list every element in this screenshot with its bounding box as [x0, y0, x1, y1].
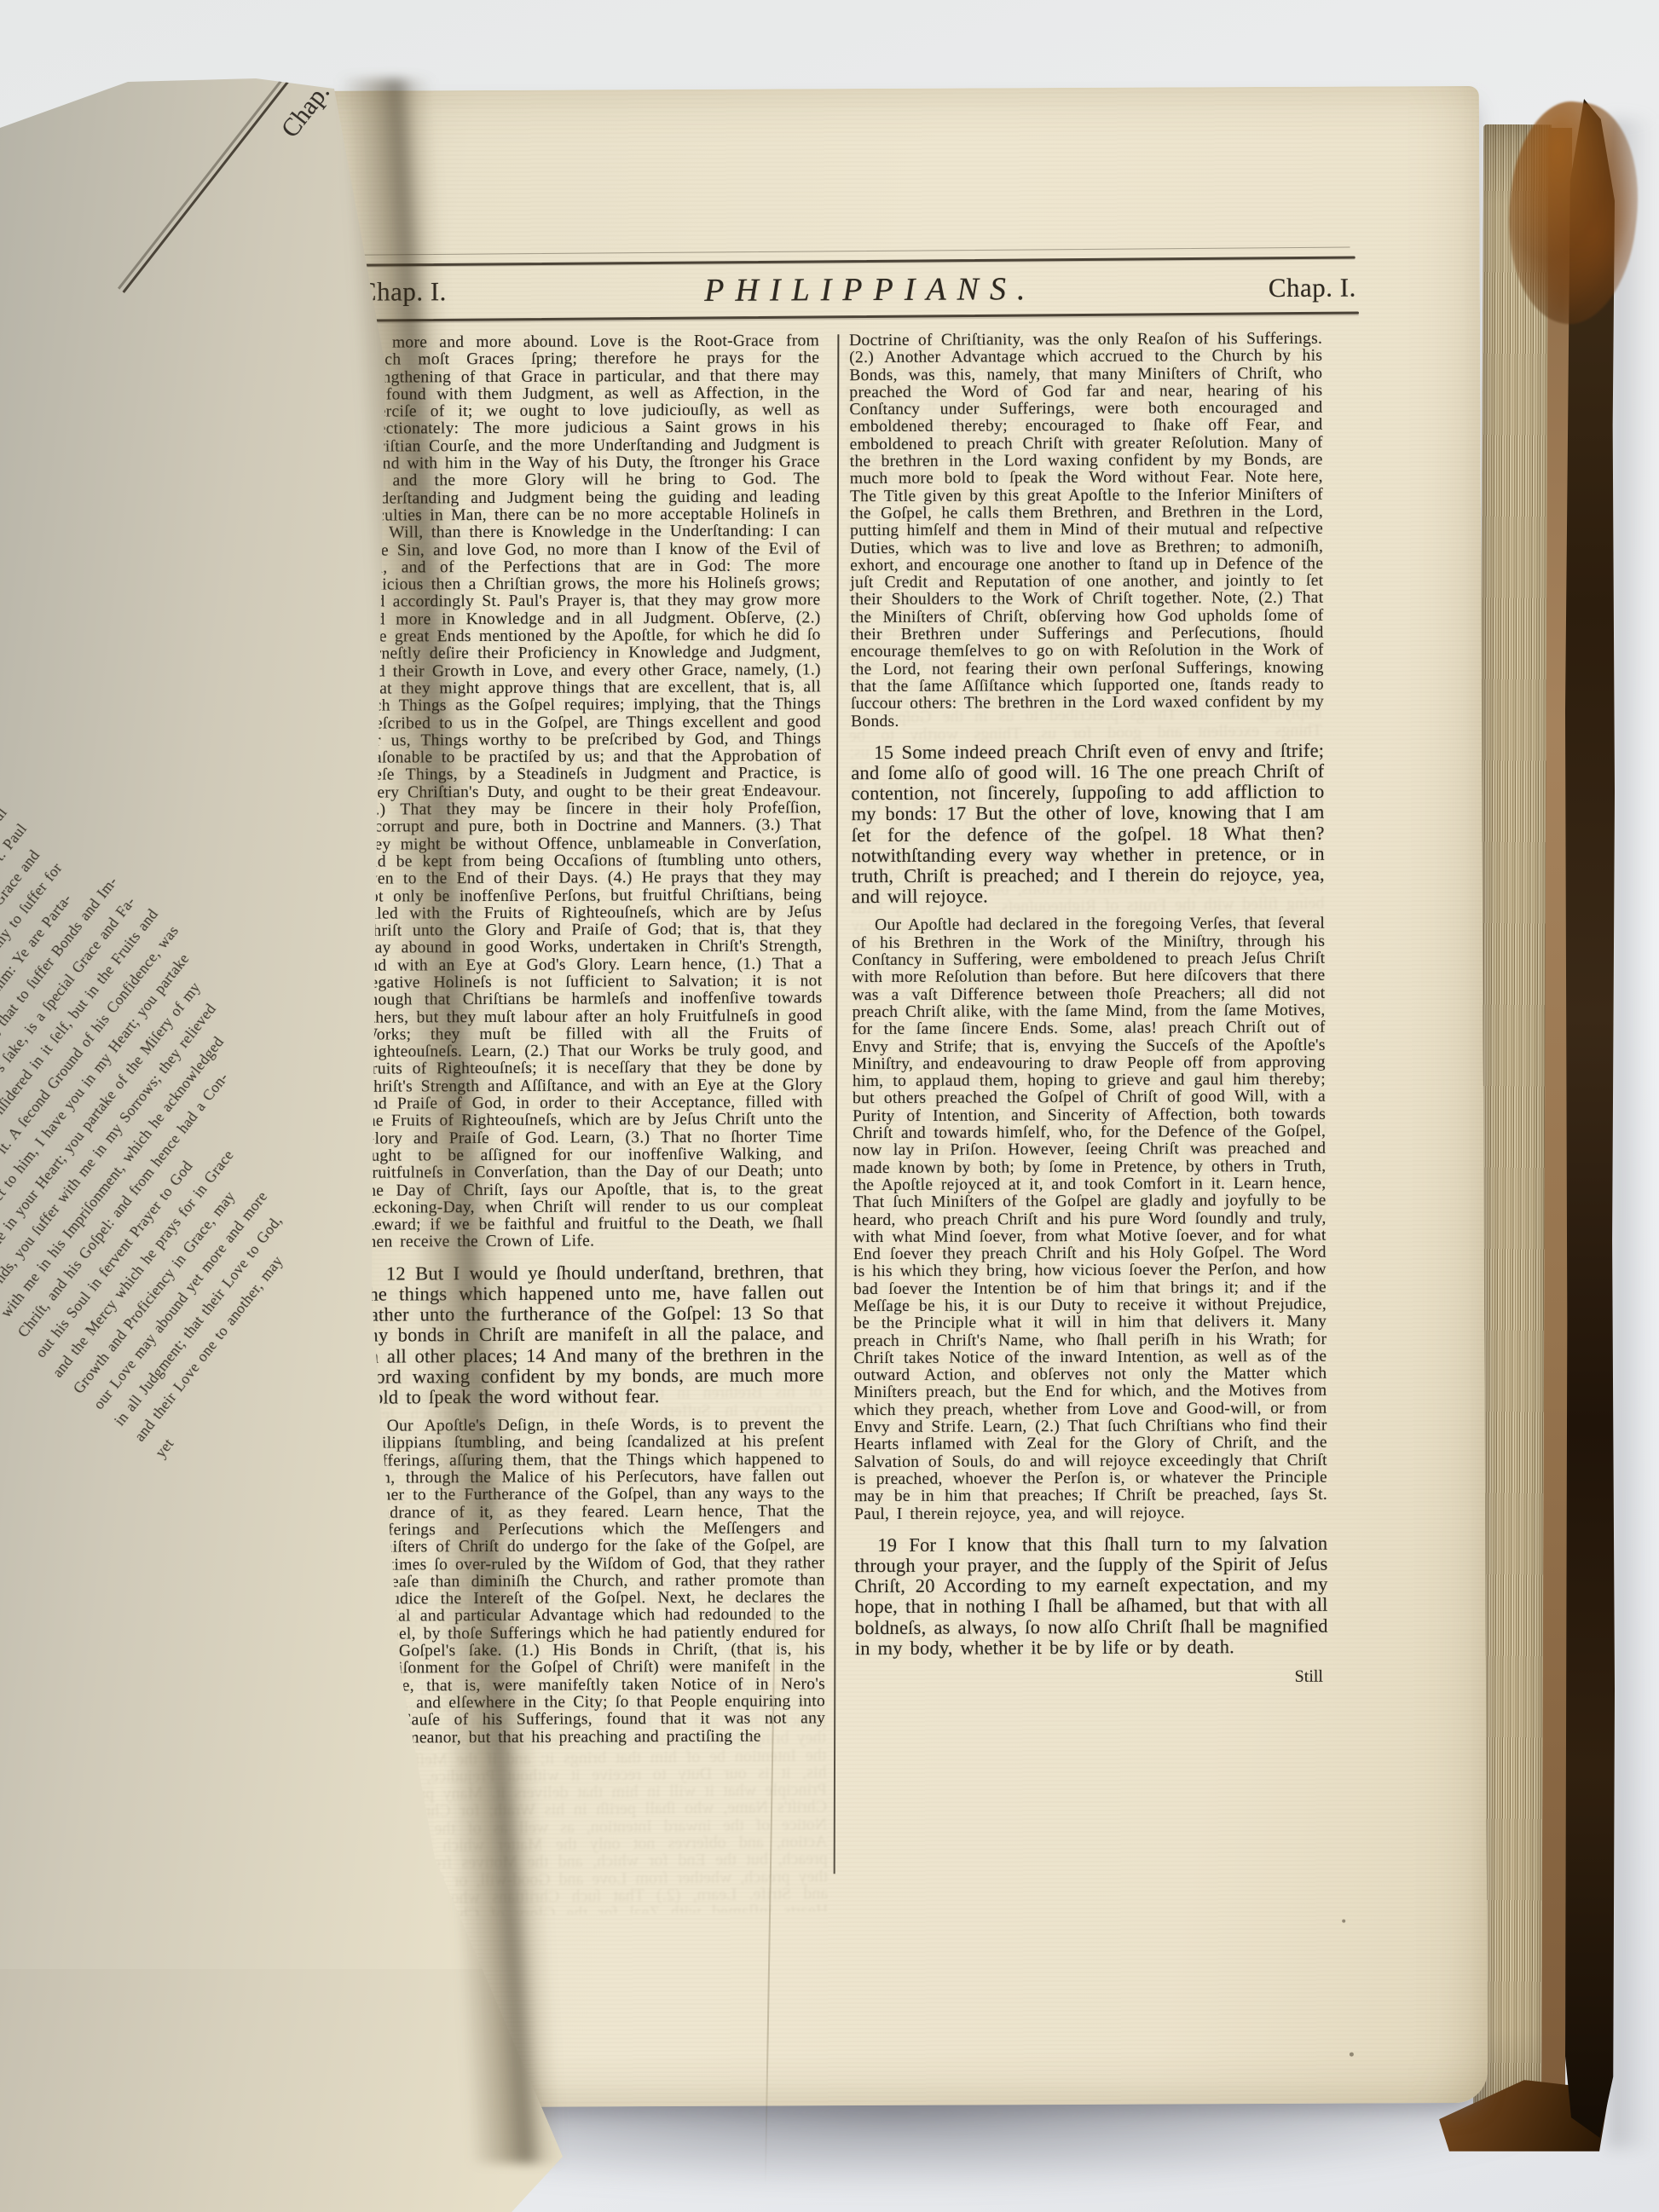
header-chapter-right: Chap. I. — [1269, 273, 1356, 303]
text-column-right: Doctrine of Chriſtianity, was the only R… — [849, 331, 1328, 1689]
paper-speck — [1342, 1920, 1345, 1923]
scripture-paragraph: 12 But I would ye ſhould underſtand, bre… — [363, 1262, 824, 1408]
commentary-paragraph: Our Apoſtle's Deſign, in theſe Words, is… — [364, 1416, 826, 1747]
header-book-title: PHILIPPIANS. — [704, 270, 1036, 309]
paper-speck — [1350, 2053, 1354, 2057]
leather-cover-edge — [1565, 99, 1615, 2138]
paper-speck — [742, 788, 744, 791]
book-photo-scene: yet more and more abound. Love is the Ro… — [0, 0, 1659, 2212]
right-page: yet more and more abound. Love is the Ro… — [262, 86, 1488, 2108]
catchword: Still — [855, 1667, 1328, 1689]
commentary-paragraph: Our Apoſtle had declared in the foregoin… — [852, 915, 1327, 1523]
column-divider-rule — [834, 334, 840, 1874]
binding-shadow — [1608, 119, 1652, 2148]
commentary-paragraph: Doctrine of Chriſtianity, was the only R… — [849, 331, 1324, 731]
header-rule-faint — [361, 247, 1350, 256]
commentary-paragraph: yet more and more abound. Love is the Ro… — [359, 332, 824, 1251]
scripture-paragraph: 19 For I know that this ſhall turn to my… — [854, 1533, 1328, 1660]
scripture-paragraph: 15 Some indeed preach Chriſt even of env… — [851, 741, 1325, 908]
text-column-left: yet more and more abound. Love is the Ro… — [359, 332, 825, 1747]
header-rule-top — [358, 256, 1356, 266]
running-header: Chap. I. PHILIPPIANS. Chap. I. — [359, 266, 1356, 315]
